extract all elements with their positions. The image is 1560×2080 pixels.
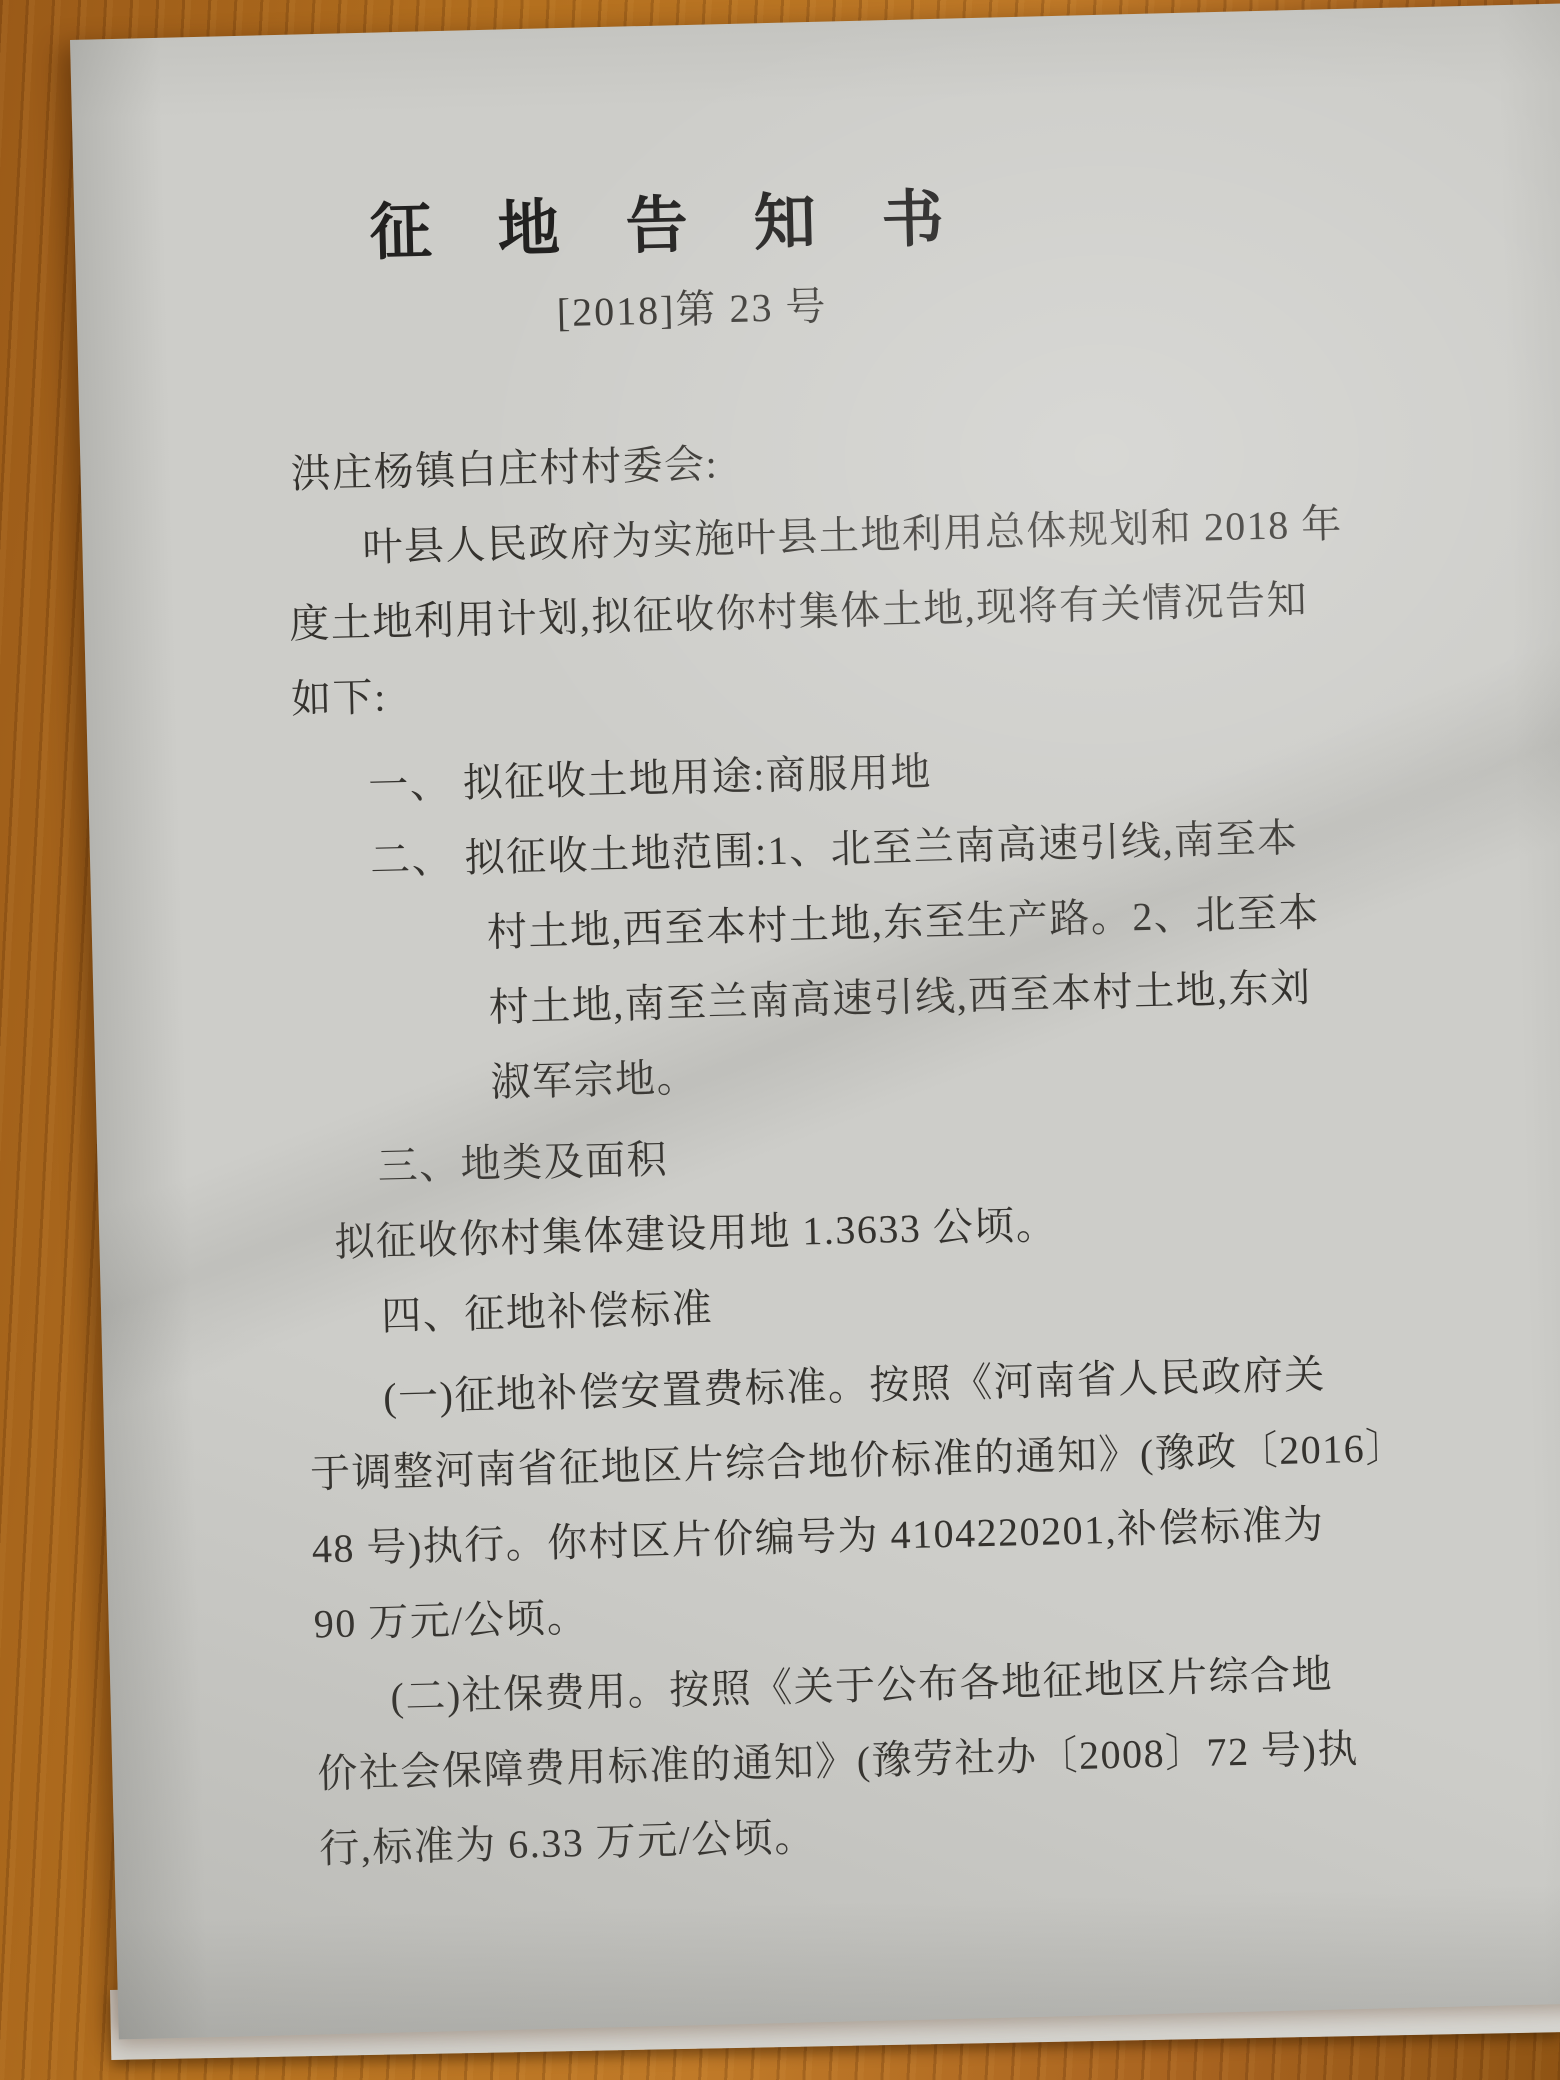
paper-sheet: 征地告知书 [2018]第 23 号 洪庄杨镇白庄村村委会: 叶县人民政府为实施… xyxy=(70,3,1560,2039)
document-number: [2018]第 23 号 xyxy=(556,261,1367,338)
document-content: 征地告知书 [2018]第 23 号 洪庄杨镇白庄村村委会: 叶县人民政府为实施… xyxy=(279,158,1405,1886)
document-title: 征地告知书 xyxy=(369,158,1366,271)
